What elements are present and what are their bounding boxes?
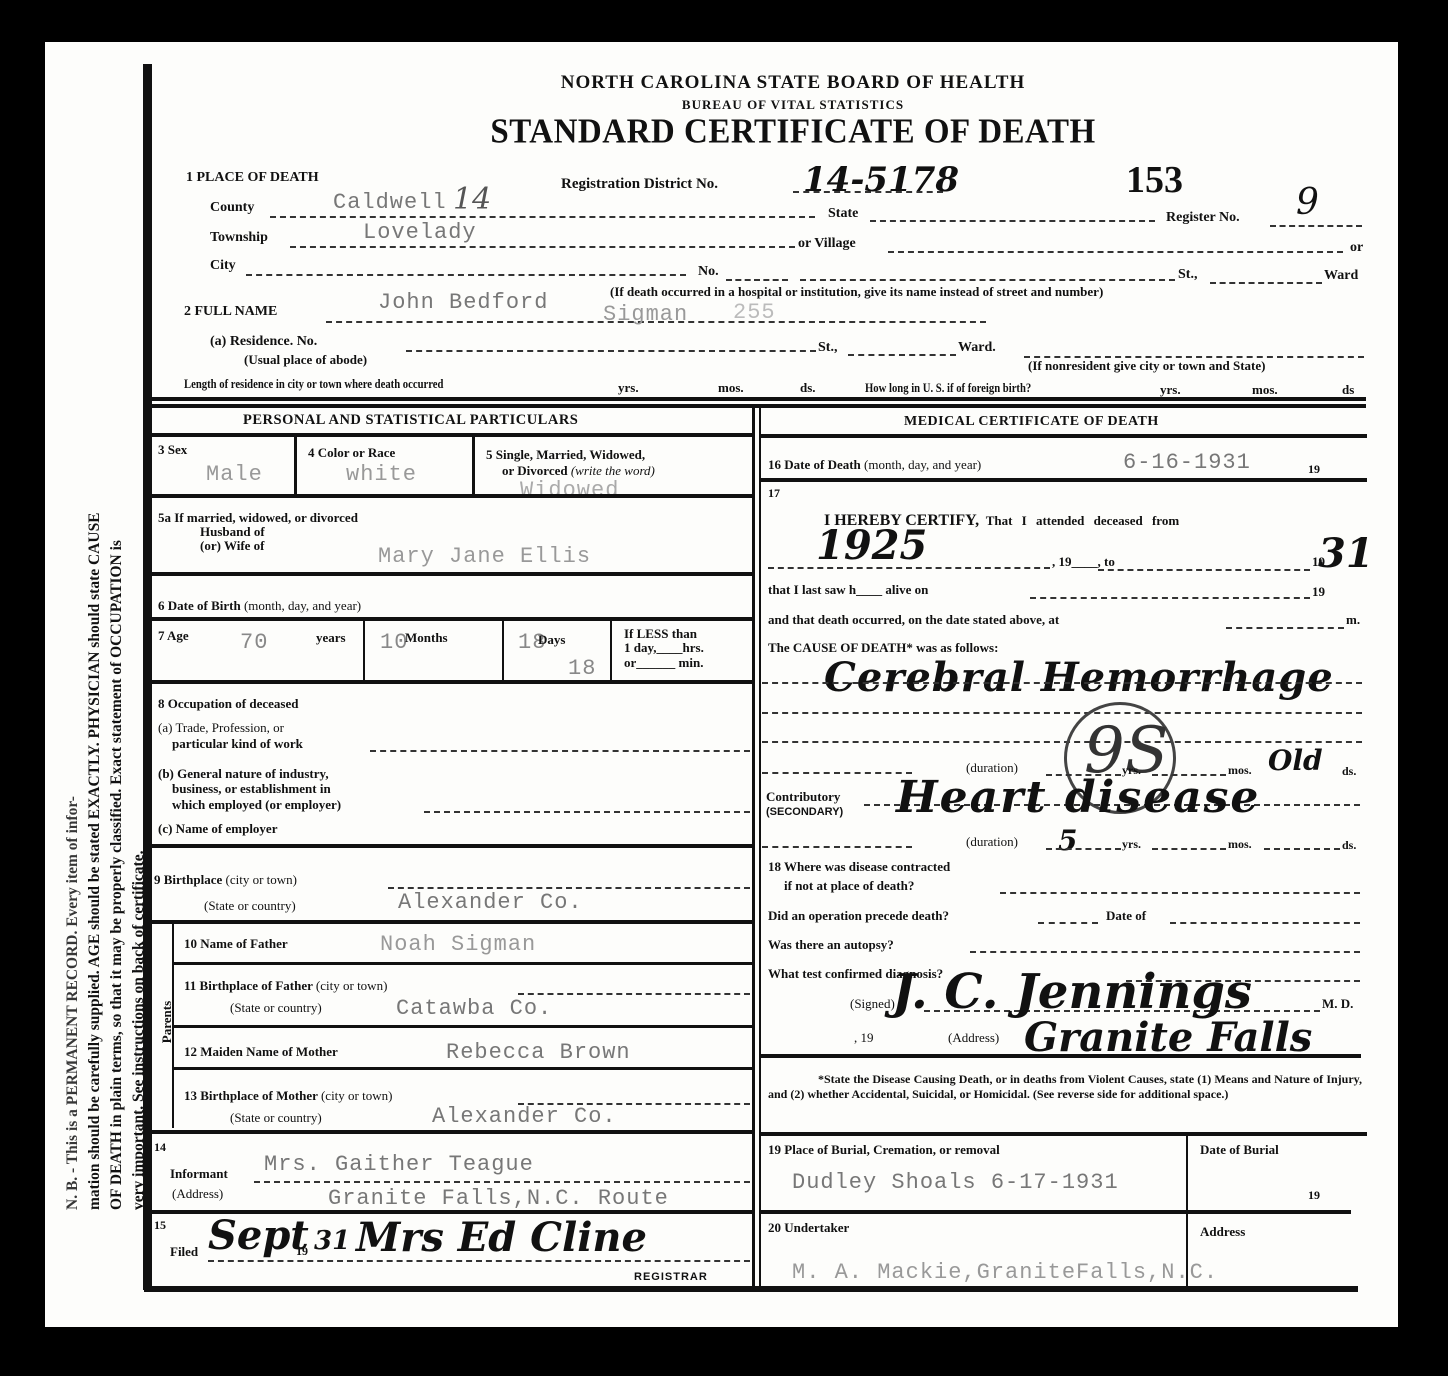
duration-note[interactable]: Old bbox=[1268, 744, 1323, 777]
village-label: or Village bbox=[798, 236, 856, 252]
informant-address-value[interactable]: Granite Falls,N.C. Route bbox=[328, 1186, 669, 1211]
industry-label-3: which employed (or employer) bbox=[172, 797, 341, 813]
contrib-duration-line-a bbox=[762, 846, 912, 848]
spouse-value[interactable]: Mary Jane Ellis bbox=[378, 544, 591, 569]
father-label: 10 Name of Father bbox=[184, 936, 288, 952]
physician-address-label: (Address) bbox=[948, 1030, 999, 1046]
operation-label: Did an operation precede death? bbox=[768, 908, 949, 924]
cause-footnote: *State the Disease Causing Death, or in … bbox=[768, 1072, 1362, 1102]
contrib-duration-years[interactable]: 5 bbox=[1058, 824, 1077, 857]
row-rule bbox=[148, 617, 752, 621]
item-17: 17 bbox=[768, 486, 780, 501]
race-label: 4 Color or Race bbox=[308, 445, 395, 461]
marital-label-1: 5 Single, Married, Widowed, bbox=[486, 447, 645, 463]
side-line-1: mation should be carefully supplied. AGE… bbox=[84, 80, 106, 1210]
county-label: County bbox=[210, 200, 254, 216]
residence-yrs: yrs. bbox=[618, 380, 639, 396]
cause-line-2 bbox=[762, 712, 1362, 714]
attended-to-value[interactable]: 31 bbox=[1318, 530, 1374, 577]
center-divider bbox=[752, 408, 755, 1290]
or-label: or bbox=[1350, 240, 1363, 256]
birthplace-value[interactable]: Alexander Co. bbox=[398, 890, 583, 915]
certificate-title: STANDARD CERTIFICATE OF DEATH bbox=[148, 113, 1368, 152]
signed-label: (Signed) bbox=[850, 996, 895, 1012]
contracted-label-1: 18 Where was disease contracted bbox=[768, 859, 950, 875]
bureau-title: BUREAU OF VITAL STATISTICS bbox=[148, 97, 1368, 113]
residence-label: (a) Residence. No. bbox=[210, 334, 317, 350]
less-label-2: 1 day,____hrs. bbox=[624, 640, 704, 656]
autopsy-line bbox=[970, 951, 1360, 953]
informant-line bbox=[254, 1181, 750, 1183]
side-line-4: N. B. - This is a PERMANENT RECORD. Ever… bbox=[62, 80, 84, 1210]
foreign-yrs: yrs. bbox=[1160, 382, 1181, 398]
informant-value[interactable]: Mrs. Gaither Teague bbox=[264, 1152, 534, 1177]
nonresident-note: (If nonresident give city or town and St… bbox=[1028, 358, 1266, 374]
mother-bp-label: 13 Birthplace of Mother (city or town) bbox=[184, 1088, 392, 1104]
township-value[interactable]: Lovelady bbox=[363, 220, 477, 245]
cause-line-1 bbox=[762, 682, 1362, 684]
surname-value[interactable]: Sigman bbox=[603, 302, 688, 327]
duration-line-a bbox=[762, 772, 912, 774]
dod-19: 19 bbox=[1308, 462, 1320, 477]
row-rule bbox=[148, 494, 752, 498]
informant-label: Informant bbox=[170, 1166, 228, 1182]
medical-section-title: MEDICAL CERTIFICATE OF DEATH bbox=[904, 414, 1159, 430]
register-no-line bbox=[1270, 225, 1362, 227]
foreign-birth-label: How long in U. S. if of foreign birth? bbox=[865, 380, 1031, 396]
undertaker-address-label: Address bbox=[1200, 1224, 1245, 1240]
row-rule bbox=[148, 433, 752, 437]
filed-date[interactable]: Sept bbox=[208, 1212, 309, 1259]
city-line bbox=[246, 274, 686, 276]
residence-ds: ds. bbox=[800, 380, 816, 396]
row-rule bbox=[761, 434, 1367, 438]
contracted-label-2: if not at place of death? bbox=[784, 878, 914, 894]
village-line bbox=[888, 251, 1343, 253]
parents-label: Parents bbox=[159, 1001, 175, 1043]
trade-label-2: particular kind of work bbox=[172, 736, 303, 752]
center-divider bbox=[759, 408, 761, 1290]
side-instructions: N. B. - This is a PERMANENT RECORD. Ever… bbox=[62, 80, 132, 1210]
employer-label: (c) Name of employer bbox=[158, 821, 277, 837]
attended-to-line bbox=[1098, 569, 1310, 571]
days-label: Days bbox=[538, 632, 565, 648]
city-label: City bbox=[210, 258, 236, 274]
months-label: Months bbox=[405, 630, 448, 646]
age-label: 7 Age bbox=[158, 628, 189, 644]
father-bp-value[interactable]: Catawba Co. bbox=[396, 996, 552, 1021]
hospital-note: (If death occurred in a hospital or inst… bbox=[610, 284, 1103, 300]
residence-line bbox=[406, 350, 816, 352]
side-line-2: OF DEATH in plain terms, so that it may … bbox=[106, 80, 128, 1210]
trade-line bbox=[370, 750, 750, 752]
less-label-3: or______ min. bbox=[624, 655, 703, 671]
marital-label-2: or Divorced (write the word) bbox=[502, 463, 655, 479]
residence-mos: mos. bbox=[718, 380, 744, 396]
occupation-label: 8 Occupation of deceased bbox=[158, 696, 298, 712]
row-rule bbox=[148, 1130, 752, 1134]
section-rule bbox=[148, 404, 1366, 408]
death-occurred-label: and that death occurred, on the date sta… bbox=[768, 612, 1059, 628]
cell-divider bbox=[363, 620, 365, 680]
foreign-ds: ds bbox=[1342, 382, 1354, 398]
last-saw-line bbox=[1030, 597, 1310, 599]
row-rule bbox=[761, 1210, 1351, 1214]
residence-ward-line bbox=[848, 354, 956, 356]
undertaker-label: 20 Undertaker bbox=[768, 1220, 849, 1236]
father-bp-line bbox=[518, 993, 750, 995]
foreign-mos: mos. bbox=[1252, 382, 1278, 398]
burial-19: 19 bbox=[1308, 1188, 1320, 1203]
date-of-line bbox=[1170, 922, 1360, 924]
register-no-label: Register No. bbox=[1166, 210, 1240, 226]
cause-line-3 bbox=[762, 741, 1362, 743]
physician-signature[interactable]: J. C. Jennings bbox=[892, 964, 1252, 1020]
registration-district-value[interactable]: 14-5178 bbox=[803, 160, 959, 200]
mother-bp-value[interactable]: Alexander Co. bbox=[432, 1104, 617, 1129]
last-saw-label: that I last saw h____ alive on bbox=[768, 582, 928, 598]
city-street-line bbox=[800, 279, 1175, 281]
cell-divider bbox=[610, 620, 612, 680]
name-note: 255 bbox=[733, 300, 776, 325]
residence-ward-label: Ward. bbox=[958, 340, 996, 356]
row-rule bbox=[148, 844, 752, 848]
years-label: years bbox=[316, 630, 346, 646]
mother-bp-state-label: (State or country) bbox=[230, 1110, 322, 1126]
row-rule bbox=[761, 1054, 1361, 1058]
industry-line bbox=[424, 811, 750, 813]
md-label: M. D. bbox=[1322, 996, 1353, 1012]
township-line bbox=[290, 246, 795, 248]
trade-label-1: (a) Trade, Profession, or bbox=[158, 720, 284, 736]
dod-label: 16 Date of Death (month, day, and year) bbox=[768, 457, 981, 473]
full-name-value[interactable]: John Bedford bbox=[378, 290, 548, 315]
county-value[interactable]: Caldwell bbox=[333, 190, 447, 215]
age-years-value[interactable]: 70 bbox=[240, 630, 268, 655]
contracted-line bbox=[1000, 892, 1360, 894]
township-label: Township bbox=[210, 230, 268, 246]
city-ward-line bbox=[1210, 282, 1322, 284]
operation-line bbox=[1038, 922, 1098, 924]
father-bp-state-label: (State or country) bbox=[230, 1000, 322, 1016]
row-rule bbox=[172, 962, 752, 965]
agency-title: NORTH CAROLINA STATE BOARD OF HEALTH bbox=[148, 72, 1368, 94]
bottom-rule bbox=[144, 1286, 1358, 1292]
spouse-label-3: (or) Wife of bbox=[200, 538, 265, 554]
certificate-number: 153 bbox=[1126, 158, 1183, 202]
race-value[interactable]: white bbox=[346, 462, 417, 487]
register-no-value[interactable]: 9 bbox=[1296, 182, 1319, 223]
cell-divider bbox=[294, 436, 297, 494]
undertaker-value[interactable]: M. A. Mackie,GraniteFalls,N.C. bbox=[792, 1260, 1218, 1285]
secondary-label: (SECONDARY) bbox=[766, 806, 843, 818]
city-no-line bbox=[726, 279, 788, 281]
birthplace-line bbox=[388, 887, 750, 889]
cell-divider bbox=[502, 620, 504, 680]
signed-year-19: , 19 bbox=[854, 1030, 874, 1046]
informant-address-label: (Address) bbox=[172, 1186, 223, 1202]
row-rule bbox=[761, 1132, 1367, 1136]
mother-label: 12 Maiden Name of Mother bbox=[184, 1044, 338, 1060]
last-saw-19: 19 bbox=[1312, 584, 1325, 600]
contrib-yrs-line bbox=[1046, 848, 1121, 850]
row-rule bbox=[148, 572, 752, 576]
industry-label-1: (b) General nature of industry, bbox=[158, 766, 329, 782]
birthplace-label: 9 Birthplace (city or town) bbox=[154, 872, 297, 888]
row-rule bbox=[148, 920, 752, 924]
section-rule bbox=[148, 397, 1366, 401]
age-days-extra: 18 bbox=[568, 656, 596, 681]
contributory-value[interactable]: Heart disease bbox=[896, 772, 1260, 823]
city-ward-label: Ward bbox=[1324, 268, 1358, 284]
father-bp-label: 11 Birthplace of Father (city or town) bbox=[184, 978, 387, 994]
registrar-signature[interactable]: Mrs Ed Cline bbox=[356, 1214, 647, 1261]
dod-value[interactable]: 6-16-1931 bbox=[1123, 450, 1251, 475]
registration-district-label: Registration District No. bbox=[561, 176, 718, 193]
row-rule bbox=[172, 1025, 752, 1028]
contributory-label: Contributory bbox=[766, 789, 840, 805]
residence-st-label: St., bbox=[818, 340, 837, 356]
filed-label: Filed bbox=[170, 1244, 198, 1260]
filed-19: 19 bbox=[296, 1244, 308, 1259]
row-rule bbox=[148, 680, 752, 684]
registrar-label: REGISTRAR bbox=[634, 1271, 708, 1283]
informant-num: 14 bbox=[154, 1140, 166, 1155]
father-value[interactable]: Noah Sigman bbox=[380, 932, 536, 957]
length-of-residence-label: Length of residence in city or town wher… bbox=[184, 376, 443, 392]
city-st-label: St., bbox=[1178, 267, 1197, 283]
filed-num: 15 bbox=[154, 1218, 166, 1233]
full-name-label: 2 FULL NAME bbox=[184, 304, 277, 320]
birthplace-state-label: (State or country) bbox=[204, 898, 296, 914]
contrib-ds: ds. bbox=[1342, 838, 1356, 853]
autopsy-label: Was there an autopsy? bbox=[768, 937, 894, 953]
attended-from-value[interactable]: 1925 bbox=[816, 522, 927, 569]
date-of-label: Date of bbox=[1106, 908, 1146, 924]
burial-value[interactable]: Dudley Shoals 6-17-1931 bbox=[792, 1170, 1119, 1195]
row-rule bbox=[172, 1067, 752, 1070]
sex-label: 3 Sex bbox=[158, 442, 187, 458]
burial-date-label: Date of Burial bbox=[1200, 1142, 1279, 1158]
county-line bbox=[270, 216, 815, 218]
county-code: 14 bbox=[453, 182, 491, 217]
contrib-yrs: yrs. bbox=[1122, 837, 1141, 852]
attended-19: , 19____, to bbox=[1052, 554, 1115, 570]
residence-sub: (Usual place of abode) bbox=[244, 352, 367, 368]
death-time-line bbox=[1226, 627, 1344, 629]
sex-value[interactable]: Male bbox=[206, 462, 263, 487]
personal-section-title: PERSONAL AND STATISTICAL PARTICULARS bbox=[243, 412, 578, 429]
burial-label: 19 Place of Burial, Cremation, or remova… bbox=[768, 1142, 1000, 1158]
marital-value[interactable]: Widowed bbox=[520, 478, 619, 503]
cause-value[interactable]: Cerebral Hemorrhage bbox=[824, 654, 1334, 701]
industry-label-2: business, or establishment in bbox=[172, 781, 331, 797]
city-no-label: No. bbox=[698, 264, 719, 280]
duration-ds: ds. bbox=[1342, 764, 1356, 779]
place-of-death-label: 1 PLACE OF DEATH bbox=[186, 170, 319, 186]
dob-label: 6 Date of Birth (month, day, and year) bbox=[158, 598, 361, 614]
filed-year[interactable]: 31 bbox=[314, 1226, 350, 1256]
death-m: m. bbox=[1346, 612, 1360, 628]
contrib-ds-line bbox=[1264, 848, 1340, 850]
mother-value[interactable]: Rebecca Brown bbox=[446, 1040, 631, 1065]
death-certificate-form: NORTH CAROLINA STATE BOARD OF HEALTH BUR… bbox=[148, 64, 1368, 1294]
state-label: State bbox=[828, 206, 858, 222]
state-line bbox=[870, 220, 1155, 222]
row-rule bbox=[761, 478, 1367, 482]
contrib-mos: mos. bbox=[1228, 837, 1252, 852]
certify-rest: That I attended deceased from bbox=[986, 513, 1179, 528]
contrib-mos-line bbox=[1152, 848, 1226, 850]
filed-line bbox=[208, 1260, 750, 1262]
contrib-duration-label: (duration) bbox=[966, 834, 1018, 850]
cell-divider bbox=[472, 436, 475, 494]
